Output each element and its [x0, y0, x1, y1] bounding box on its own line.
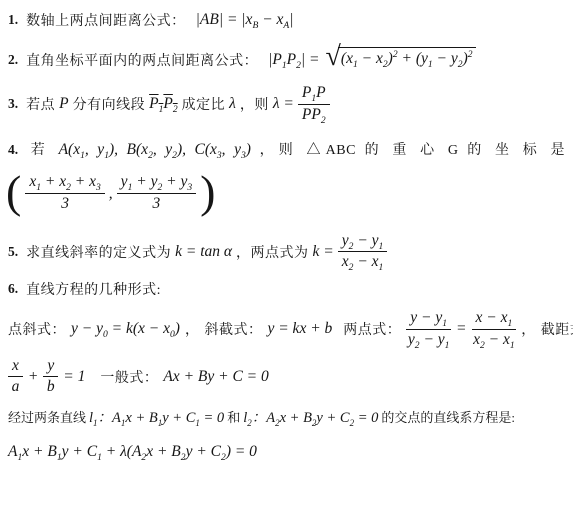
- item4-centroid-text: 4. 若 A(x1, y1), B(x2, y2), C(x3, y3) ，则 …: [8, 139, 565, 159]
- coordinate-comma: ,: [109, 185, 113, 203]
- system-and: 和: [227, 407, 240, 426]
- slopeint-label: 斜截式：: [204, 319, 262, 339]
- radical-sign: √: [326, 44, 341, 69]
- equals-one: = 1: [63, 368, 85, 386]
- item4-x-fraction: x1 + x2 + x3 3: [25, 174, 104, 212]
- item5-slope-definitions: 5. 求直线斜率的定义式为 k = tan α ，两点式为 k = y2 − y…: [8, 233, 567, 271]
- pointslope-formula: y − y0 = k(x − x0): [71, 320, 180, 338]
- fraction-denominator: PP2: [302, 105, 326, 124]
- system-text2: 的交点的直线系方程是:: [381, 407, 515, 426]
- item3-number: 3.: [8, 96, 18, 112]
- twopoint-label: 两点式：: [343, 319, 401, 339]
- general-formula: Ax + By + C = 0: [163, 368, 268, 386]
- item5-text2: ，两点式为: [236, 242, 309, 262]
- item4-y-fraction: y1 + y2 + y3 3: [117, 174, 196, 212]
- fraction-denominator: b: [47, 377, 55, 396]
- item3-text4: ，则: [240, 94, 269, 114]
- pointslope-label: 点斜式：: [8, 319, 66, 339]
- fraction-numerator: y2 − y1: [338, 233, 388, 253]
- fraction-numerator: y − y1: [406, 310, 451, 330]
- comma: ，: [521, 319, 536, 339]
- line-system-formula-row: A1x + B1y + C1 + λ(A2x + B2y + C2) = 0: [8, 443, 567, 461]
- plus-sign: +: [28, 368, 38, 386]
- fraction-numerator: x − x1: [472, 310, 517, 330]
- line-system-row: 经过两条直线 l1：A1x + B1y + C1 = 0 和 l2：A2x + …: [8, 406, 567, 427]
- fraction-denominator: 3: [153, 194, 161, 213]
- item3-text3: 成定比: [182, 94, 226, 114]
- item1-number: 1.: [8, 12, 18, 28]
- item4-points: A(x1, y1), B(x2, y2), C(x3, y3): [59, 141, 251, 158]
- intercept-general-row: x a + y b = 1 一般式： Ax + By + C = 0: [8, 358, 567, 396]
- fraction-numerator: y: [43, 358, 58, 378]
- square-root: √ (x1 − x2)2 + (y1 − y2)2: [326, 47, 476, 72]
- open-parenthesis: (: [6, 169, 21, 215]
- item3-lambda: λ: [229, 95, 236, 113]
- item6-line-equation-forms-header: 6. 直线方程的几种形式:: [8, 279, 567, 299]
- system-text1: 经过两条直线: [8, 407, 86, 426]
- item2-radicand: (x1 − x2)2 + (y1 − y2)2: [338, 47, 476, 68]
- item2-distance-between-points: 2. 直角坐标平面内的两点间距离公式： |P1P2| = √ (x1 − x2)…: [8, 47, 567, 72]
- fraction-numerator: x1 + x2 + x3: [25, 174, 104, 194]
- line-forms-row: 点斜式： y − y0 = k(x − x0) ， 斜截式： y = kx + …: [8, 310, 567, 348]
- system-line2: l2：A2x + B2y + C2 = 0: [243, 406, 378, 427]
- fraction-numerator: x: [8, 358, 23, 378]
- fraction-denominator: 3: [61, 194, 69, 213]
- item4-text2: ，则 △ABC 的 重 心 G 的 坐 标 是: [260, 143, 565, 158]
- item2-label: 直角坐标平面内的两点间距离公式：: [26, 50, 258, 70]
- twopoint-right-fraction: x − x1 x2 − x1: [472, 310, 517, 348]
- item1-label: 数轴上两点间距离公式：: [26, 10, 186, 30]
- item4-text1: 若: [31, 143, 50, 158]
- item4-centroid-coordinates: ( x1 + x2 + x3 3 , y1 + y2 + y3 3 ): [6, 171, 567, 217]
- slopeint-formula: y = kx + b: [267, 320, 332, 338]
- item4-number: 4.: [8, 142, 18, 157]
- item3-text1: 若点: [26, 94, 55, 114]
- item5-text1: 求直线斜率的定义式为: [26, 242, 171, 262]
- item3-lhs: λ =: [273, 95, 294, 113]
- item5-lhs: k =: [313, 243, 334, 261]
- item3-section-ratio: 3. 若点 P 分有向线段 P1P2 成定比 λ ，则 λ = P1P PP2: [8, 85, 567, 123]
- item3-fraction: P1P PP2: [298, 85, 330, 123]
- fraction-denominator: a: [12, 377, 20, 396]
- twopoint-left-fraction: y − y1 y2 − y1: [406, 310, 451, 348]
- fraction-denominator: x2 − x1: [473, 330, 515, 349]
- item1-distance-on-number-line: 1. 数轴上两点间距离公式： |AB| = |xB − xA|: [8, 10, 567, 30]
- system-formula: A1x + B1y + C1 + λ(A2x + B2y + C2) = 0: [8, 443, 257, 461]
- fraction-numerator: y1 + y2 + y3: [117, 174, 196, 194]
- close-parenthesis: ): [200, 169, 215, 215]
- comma: ，: [185, 319, 200, 339]
- general-label: 一般式：: [100, 367, 158, 387]
- item1-formula: |AB| = |xB − xA|: [196, 11, 294, 29]
- equals-sign: =: [456, 320, 466, 338]
- item6-number: 6.: [8, 281, 18, 297]
- formula-sheet-page: 1. 数轴上两点间距离公式： |AB| = |xB − xA| 2. 直角坐标平…: [0, 0, 573, 511]
- intercept-y-fraction: y b: [43, 358, 58, 396]
- item5-number: 5.: [8, 244, 18, 260]
- fraction-denominator: x2 − x1: [342, 252, 384, 271]
- item5-definition: k = tan α: [175, 243, 232, 261]
- system-line1: l1：A1x + B1y + C1 = 0: [89, 406, 224, 427]
- item3-text2: 分有向线段: [73, 94, 146, 114]
- item5-slope-fraction: y2 − y1 x2 − x1: [338, 233, 388, 271]
- intercept-x-fraction: x a: [8, 358, 23, 396]
- item3-segment-overline: P1P2: [149, 95, 178, 113]
- item2-lhs: |P1P2| =: [268, 51, 319, 69]
- item2-number: 2.: [8, 52, 18, 68]
- fraction-numerator: P1P: [298, 85, 330, 105]
- fraction-denominator: y2 − y1: [408, 330, 450, 349]
- intercept-label: 截距式：: [541, 319, 573, 339]
- item6-label: 直线方程的几种形式:: [26, 279, 161, 299]
- item3-point: P: [59, 95, 68, 113]
